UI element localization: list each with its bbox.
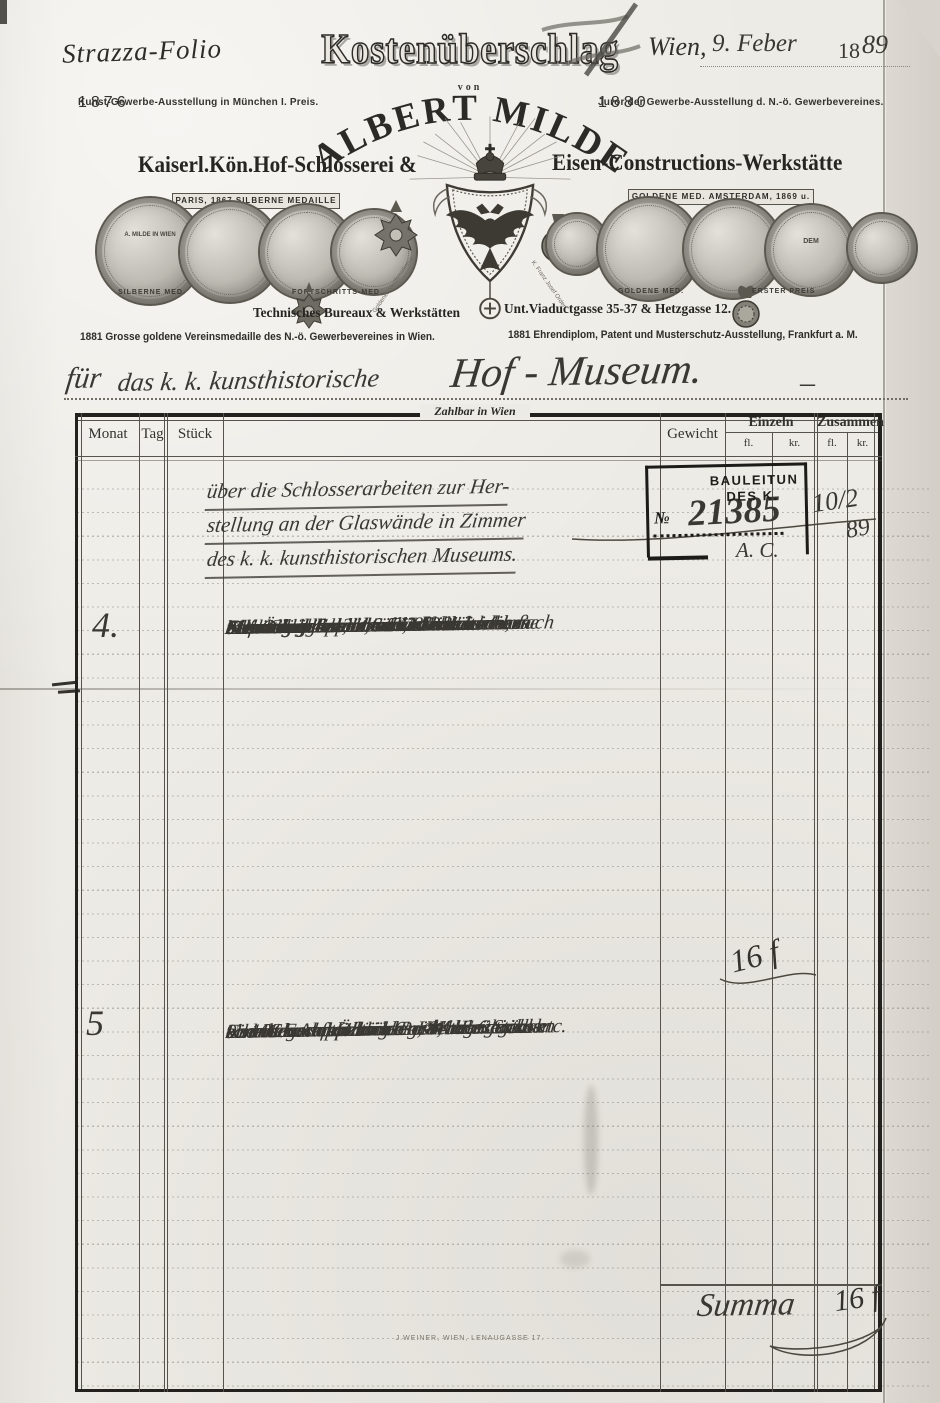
- year-printed: 18: [838, 38, 860, 64]
- table-header-rule-2: [75, 460, 882, 461]
- note-1881-left: 1881 Grosse goldene Vereinsmedaille des …: [80, 331, 435, 343]
- table-ruled-lines: [77, 466, 930, 1391]
- summa-flourish: [760, 1316, 890, 1364]
- col-header-gewicht: Gewicht: [660, 426, 725, 443]
- caption-goldene-med: GOLDENE MED.: [618, 288, 684, 295]
- handwritten-line: sammt Festmachen des Kreuzgestockes.: [224, 1010, 548, 1049]
- paper-corner-cut: [898, 0, 940, 58]
- stamp-number-label: №: [654, 508, 670, 528]
- table-border-bottom: [75, 1389, 882, 1392]
- dedication-mid: das k. k. kunsthistorische: [116, 363, 381, 398]
- item4-zusammen-label: Zusammen: [224, 610, 315, 645]
- dedication-dash: –: [800, 366, 815, 400]
- bureau-label-left: Technisches Bureaux & Werkstätten: [253, 306, 460, 322]
- scan-corner-mark: [0, 0, 7, 24]
- sub-header-zusammen-kr: kr.: [847, 437, 878, 449]
- table-header-rule: [75, 456, 882, 457]
- col-header-tag: Tag: [139, 426, 166, 443]
- award-right-text: Juror der Gewerbe-Ausstellung d. N.-ö. G…: [598, 97, 884, 108]
- caption-erster-preis: ERSTER PREIS: [752, 288, 815, 295]
- note-1881-right: 1881 Ehrendiplom, Patent und Musterschut…: [508, 329, 858, 341]
- firm-name-left: Kaiserl.Kön.Hof-Schlosserei &: [138, 152, 417, 178]
- summa-amount: 16 f: [832, 1279, 882, 1319]
- col-header-zusammen: Zusammen: [817, 415, 878, 431]
- col-line-einzeln-flkr: [772, 432, 773, 1392]
- sub-header-zusammen-fl: fl.: [817, 437, 847, 449]
- zusammen-sub-rule: [817, 432, 878, 433]
- col-line-monat: [139, 413, 140, 1392]
- table-border-right: [878, 413, 882, 1392]
- stamp-line1: BAULEITUN: [710, 472, 799, 489]
- date-city: Wien,: [648, 32, 707, 62]
- amount-flourish: [718, 965, 818, 993]
- pencil-check-mark: [528, 0, 658, 85]
- address-label-right: Unt.Viaductgasse 35-37 & Hetzgasse 12.: [504, 302, 731, 318]
- col-line-zusammen-flkr: [847, 432, 848, 1392]
- col-line-zusammen-b: [817, 413, 818, 1392]
- col-header-stueck: Stück: [167, 426, 223, 443]
- folio-label: Strazza-Folio: [62, 33, 223, 70]
- item4-number: 4.: [92, 604, 119, 646]
- date-baseline: [700, 66, 910, 67]
- dedication-fuer: für: [64, 361, 103, 396]
- table-border-left-inner: [81, 413, 82, 1392]
- printer-imprint: J.WEINER, WIEN, LENAUGASSE 17.: [270, 1335, 670, 1342]
- table-border-right-inner: [874, 413, 875, 1392]
- sub-header-einzeln-fl: fl.: [725, 437, 772, 449]
- year-handwritten: 89: [862, 30, 888, 60]
- sub-header-einzeln-kr: kr.: [772, 437, 817, 449]
- stamp-date-handwritten: 10/2: [810, 483, 860, 519]
- bauleitung-stamp: BAULEITUN DES K. №: [645, 462, 809, 557]
- col-line-zusammen-a: [814, 413, 815, 1392]
- handwritten-line: des k. k. kunsthistorischen Museums.: [205, 537, 520, 579]
- firm-name-right: Eisen-Constructions-Werkstätte: [552, 150, 842, 176]
- dedication-main: Hof - Museum.: [448, 346, 705, 398]
- award-left-text: Kunst-Gewerbe-Ausstellung in München I. …: [78, 97, 318, 108]
- table-border-left: [75, 413, 78, 1392]
- einzeln-sub-rule: [725, 432, 817, 433]
- col-line-einzeln: [725, 413, 726, 1392]
- scanned-invoice-page: Strazza-Folio Kostenüberschlag von Wien,…: [0, 0, 940, 1403]
- col-header-einzeln: Einzeln: [725, 415, 817, 431]
- caption-silberne-med: SILBERNE MED.: [118, 289, 186, 296]
- medal-right-partial: [846, 212, 918, 284]
- medal-inscription: A. MILDE IN WIEN: [118, 232, 182, 238]
- dedication-baseline: [64, 398, 908, 400]
- medal-erster-preis: [764, 203, 858, 297]
- medal-inscription-dem: DEM: [796, 238, 826, 245]
- col-line-tag-b: [167, 413, 168, 1392]
- zahlbar-label: Zahlbar in Wien: [420, 404, 530, 419]
- col-line-tag-a: [164, 413, 165, 1392]
- date-handwritten: 9. Feber: [712, 30, 797, 58]
- stamp-line2: DES K.: [726, 488, 779, 504]
- item5-number: 5: [86, 1002, 104, 1044]
- col-header-monat: Monat: [77, 426, 139, 443]
- stamp-dotted-line: [653, 532, 783, 538]
